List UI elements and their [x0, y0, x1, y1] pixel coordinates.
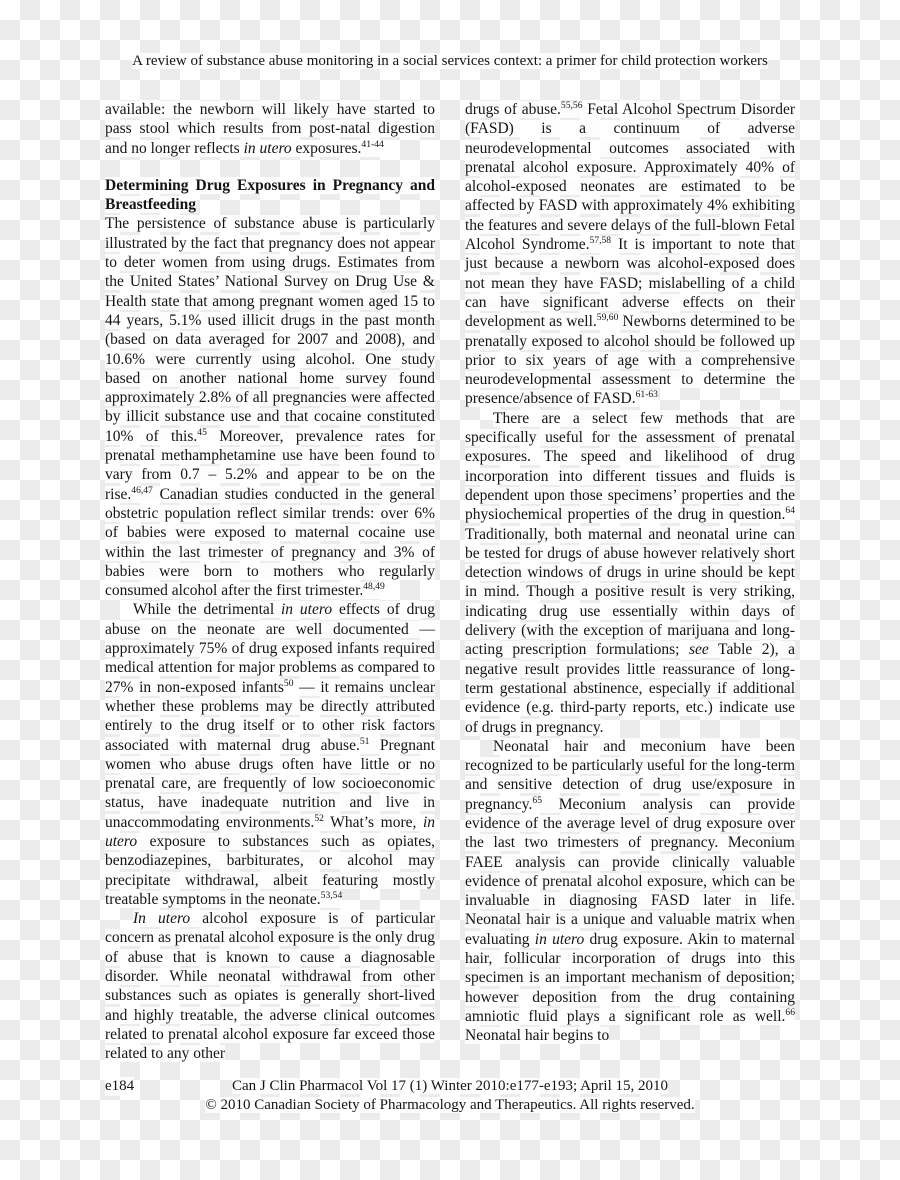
text-run: What’s more, [324, 814, 423, 831]
text-run: While the detrimental [133, 601, 281, 618]
reference-superscript: 51 [360, 735, 370, 746]
body-paragraph: The persistence of substance abuse is pa… [105, 214, 435, 600]
article-body: available: the newborn will likely have … [105, 100, 795, 1064]
italic-phrase: in utero [535, 931, 584, 948]
paragraph-text: drugs of abuse.55,56 Fetal Alcohol Spect… [465, 101, 795, 407]
paragraph-text: There are a select few methods that are … [465, 410, 795, 736]
paragraph-text: Neonatal hair and meconium have been rec… [465, 738, 795, 1044]
body-paragraph: available: the newborn will likely have … [105, 100, 435, 158]
text-run: Determining Drug Exposures in Pregnancy … [105, 177, 435, 213]
text-run: exposures. [292, 140, 362, 157]
reference-superscript: 59,60 [597, 312, 619, 323]
running-head-text: A review of substance abuse monitoring i… [132, 53, 768, 69]
italic-phrase: in utero [281, 601, 332, 618]
text-run: exposure to substances such as opiates, … [105, 833, 435, 908]
footer-copyright-line: © 2010 Canadian Society of Pharmacology … [105, 1096, 795, 1115]
paragraph-text: Determining Drug Exposures in Pregnancy … [105, 177, 435, 213]
page-footer: e184 Can J Clin Pharmacol Vol 17 (1) Win… [105, 1077, 795, 1114]
body-paragraph: Neonatal hair and meconium have been rec… [465, 737, 795, 1046]
text-run: Neonatal hair begins to [465, 1027, 609, 1044]
running-head: A review of substance abuse monitoring i… [60, 52, 840, 71]
paragraph-text: The persistence of substance abuse is pa… [105, 215, 435, 599]
text-run: Canadian studies conducted in the genera… [105, 486, 435, 599]
text-run: The persistence of substance abuse is pa… [105, 215, 435, 444]
text-run: Meconium analysis can provide evidence o… [465, 796, 795, 948]
paragraph-text: While the detrimental in utero effects o… [105, 601, 435, 907]
paragraph-text: In utero alcohol exposure is of particul… [105, 910, 435, 1062]
footer-citation-line: Can J Clin Pharmacol Vol 17 (1) Winter 2… [105, 1077, 795, 1096]
reference-superscript: 64 [785, 505, 795, 516]
page-number: e184 [105, 1077, 134, 1096]
section-heading: Determining Drug Exposures in Pregnancy … [105, 176, 435, 215]
body-paragraph: There are a select few methods that are … [465, 409, 795, 737]
reference-superscript: 46,47 [131, 484, 153, 495]
paragraph-text: available: the newborn will likely have … [105, 101, 435, 157]
body-paragraph: In utero alcohol exposure is of particul… [105, 909, 435, 1063]
reference-superscript: 66 [785, 1007, 795, 1018]
body-paragraph: drugs of abuse.55,56 Fetal Alcohol Spect… [465, 100, 795, 409]
text-run: There are a select few methods that are … [465, 410, 795, 523]
text-run: Traditionally, both maternal and neonata… [465, 526, 795, 659]
italic-phrase: In utero [133, 910, 190, 927]
italic-phrase: in utero [244, 140, 292, 157]
right-column: drugs of abuse.55,56 Fetal Alcohol Spect… [465, 100, 795, 1064]
text-run: drugs of abuse. [465, 101, 561, 118]
reference-superscript: 55,56 [561, 100, 583, 111]
reference-superscript: 53,54 [321, 890, 343, 901]
reference-superscript: 50 [284, 677, 294, 688]
reference-superscript: 48,49 [363, 581, 385, 592]
left-column: available: the newborn will likely have … [105, 100, 435, 1064]
italic-phrase: see [689, 641, 709, 658]
reference-superscript: 41-44 [361, 138, 383, 149]
journal-page: A review of substance abuse monitoring i… [0, 0, 900, 1180]
reference-superscript: 61-63 [636, 389, 658, 400]
reference-superscript: 65 [532, 795, 542, 806]
text-run: alcohol exposure is of particular concer… [105, 910, 435, 1062]
reference-superscript: 57,58 [590, 235, 612, 246]
text-run: Fetal Alcohol Spectrum Disorder (FASD) i… [465, 101, 795, 253]
body-paragraph: While the detrimental in utero effects o… [105, 600, 435, 909]
reference-superscript: 52 [314, 813, 324, 824]
reference-superscript: 45 [197, 427, 207, 438]
